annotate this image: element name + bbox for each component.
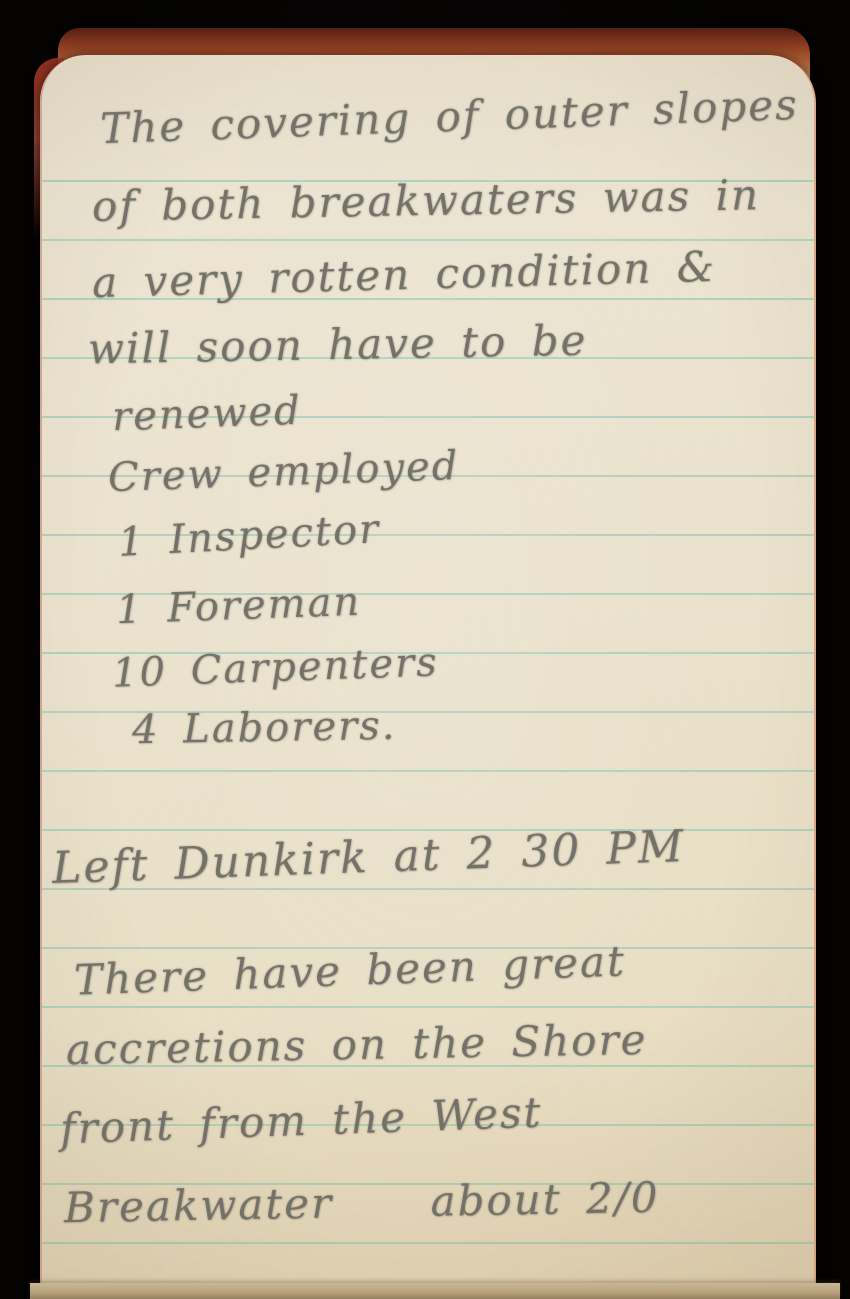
notebook-page (40, 55, 816, 1299)
ruled-lines (42, 180, 814, 1299)
bottom-page-curl-edge (30, 1283, 840, 1299)
photo-background: The covering of outer slopes of both bre… (0, 0, 850, 1299)
